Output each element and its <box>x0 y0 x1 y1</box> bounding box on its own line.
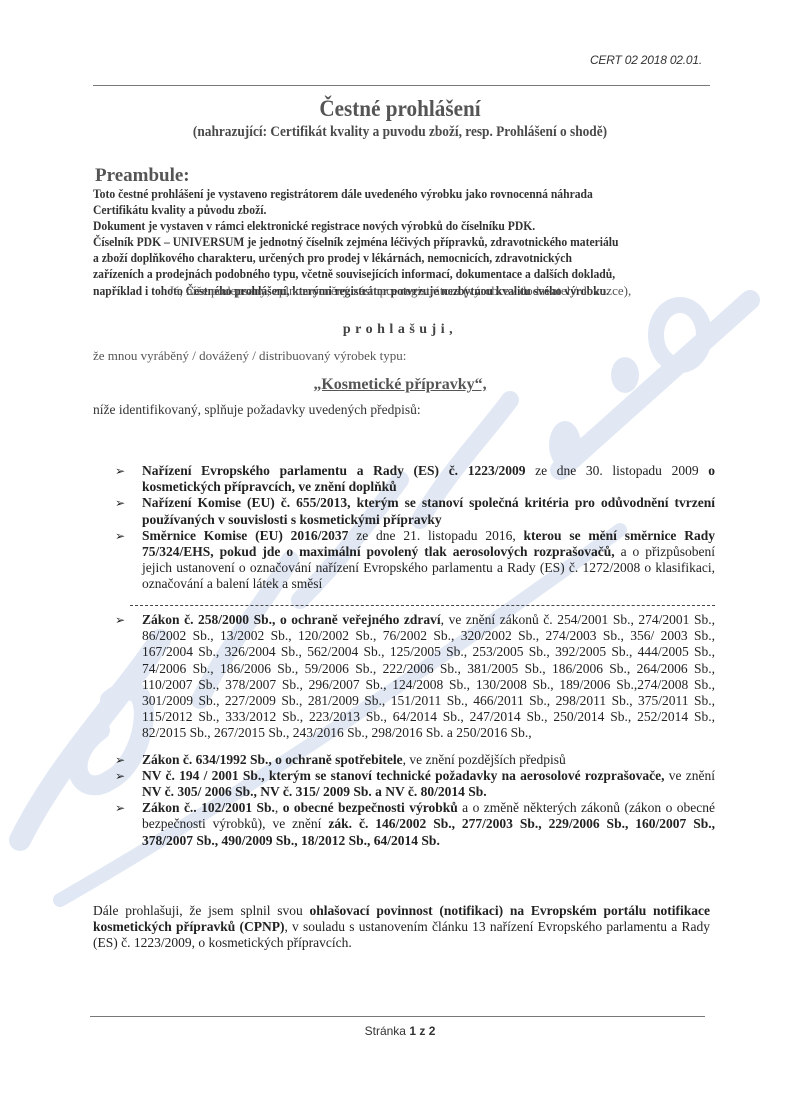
document-subtitle: (nahrazující: Certifikát kvality a puvod… <box>32 124 768 141</box>
text: , ve znění zákonů č. 254/2001 Sb., 274/2… <box>142 612 715 740</box>
list-item: ➢Zákon č.. 102/2001 Sb., o obecné bezpeč… <box>115 800 715 849</box>
dashed-separator <box>130 605 715 606</box>
page-of: z <box>419 1024 425 1038</box>
list-item: ➢Zákon č. 634/1992 Sb., o ochraně spotře… <box>115 752 715 768</box>
arrow-bullet-icon: ➢ <box>115 495 125 511</box>
arrow-bullet-icon: ➢ <box>115 800 125 816</box>
text: , <box>275 800 283 815</box>
product-type: „Kosmetické přípravky“, <box>0 376 800 394</box>
list-item: ➢Zákon č. 258/2000 Sb., o ochraně veřejn… <box>115 612 715 742</box>
bold-text: NV č. 305/ 2006 Sb., NV č. 315/ 2009 Sb.… <box>142 784 487 799</box>
text: , ve znění pozdějších předpisů <box>403 752 566 767</box>
bold-text: Nařízení Evropského parlamentu a Rady (E… <box>142 463 525 478</box>
preamble-line: Číselník PDK – UNIVERSUM je jednotný čís… <box>93 234 688 250</box>
list-item: ➢Nařízení Komise (EU) č. 655/2013, který… <box>115 495 715 527</box>
page-number: 1 <box>409 1024 416 1038</box>
signatory-statement: Já, níže podepsaný, zplnomocněný zástupc… <box>0 283 800 299</box>
bold-text: NV č. 194 / 2001 Sb., kterým se stanoví … <box>142 768 665 783</box>
arrow-bullet-icon: ➢ <box>115 463 125 479</box>
text: Dále prohlašuji, že jsem splnil svou <box>93 903 310 918</box>
preamble-heading: Preambule: <box>95 165 190 187</box>
preamble-line: zařízeních a prodejnách podobného typu, … <box>93 266 688 282</box>
bold-text: Zákon č. 634/1992 Sb., o ochraně spotřeb… <box>142 752 403 767</box>
regulations-list: ➢Nařízení Evropského parlamentu a Rady (… <box>115 463 715 593</box>
declare-heading: prohlašuji, <box>0 322 800 338</box>
page-label: Stránka <box>365 1024 406 1038</box>
page-footer: Stránka 1 z 2 <box>0 1024 800 1038</box>
text: ve znění <box>665 768 715 783</box>
bold-text: Směrnice Komise (EU) 2016/2037 <box>142 528 348 543</box>
page-total: 2 <box>429 1024 436 1038</box>
header-divider <box>93 85 710 86</box>
document-title: Čestné prohlášení <box>32 96 768 122</box>
preamble-text: Toto čestné prohlášení je vystaveno regi… <box>93 186 688 299</box>
document-code: CERT 02 2018 02.01. <box>590 53 702 67</box>
footer-divider <box>90 1016 705 1017</box>
closing-statement: Dále prohlašuji, že jsem splnil svou ohl… <box>93 903 710 952</box>
list-item: ➢Nařízení Evropského parlamentu a Rady (… <box>115 463 715 495</box>
bold-text: Nařízení Komise (EU) č. 655/2013, kterým… <box>142 495 715 526</box>
arrow-bullet-icon: ➢ <box>115 528 125 544</box>
preamble-line: a zboží doplňkového charakteru, určených… <box>93 250 688 266</box>
list-item: ➢Směrnice Komise (EU) 2016/2037 ze dne 2… <box>115 528 715 593</box>
list-item: ➢NV č. 194 / 2001 Sb., kterým se stanoví… <box>115 768 715 800</box>
preamble-line: Dokument je vystaven v rámci elektronick… <box>93 218 688 234</box>
bold-text: o obecné bezpečnosti výrobků <box>283 800 458 815</box>
text: ze dne 21. listopadu 2016, <box>348 528 523 543</box>
text: ze dne 30. listopadu 2009 <box>525 463 708 478</box>
arrow-bullet-icon: ➢ <box>115 752 125 768</box>
laws-list: ➢Zákon č. 258/2000 Sb., o ochraně veřejn… <box>115 612 715 849</box>
bold-text: Zákon č. 258/2000 Sb., o ochraně veřejné… <box>142 612 441 627</box>
requirements-intro: níže identifikovaný, splňuje požadavky u… <box>93 402 421 418</box>
bold-text: Zákon č.. 102/2001 Sb. <box>142 800 275 815</box>
arrow-bullet-icon: ➢ <box>115 768 125 784</box>
preamble-line: Certifikátu kvality a původu zboží. <box>93 202 688 218</box>
product-intro: že mnou vyráběný / dovážený / distribuov… <box>93 348 406 364</box>
preamble-line: Toto čestné prohlášení je vystaveno regi… <box>93 186 688 202</box>
arrow-bullet-icon: ➢ <box>115 612 125 628</box>
